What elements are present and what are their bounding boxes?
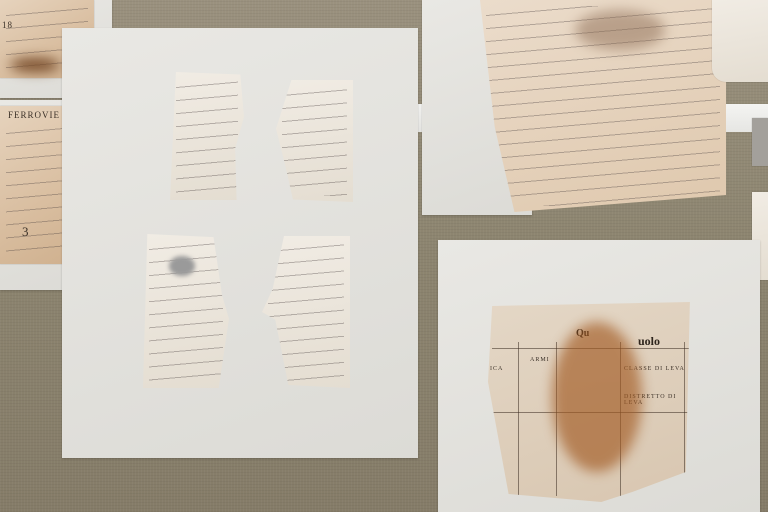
military-form: Qu uolo ICA ARMI CLASSE DI LEVA DISTRETT… xyxy=(488,302,694,502)
fragment-bottom-left xyxy=(143,234,229,388)
rust-stain xyxy=(552,322,642,472)
form-title: uolo xyxy=(638,334,660,349)
stain xyxy=(169,256,195,276)
stain xyxy=(575,10,665,50)
stain xyxy=(10,58,60,72)
document-number: 18 xyxy=(2,20,13,30)
column-label: ICA xyxy=(490,366,503,372)
fragment-top-left xyxy=(170,72,244,200)
document-far-right xyxy=(712,0,768,82)
rule xyxy=(518,342,519,496)
document-header: FERROVIE xyxy=(8,110,60,120)
column-label: ARMI xyxy=(530,357,550,363)
letter-top-right xyxy=(480,0,726,212)
gray-mount xyxy=(752,118,768,166)
document-number: 3 xyxy=(22,224,30,240)
